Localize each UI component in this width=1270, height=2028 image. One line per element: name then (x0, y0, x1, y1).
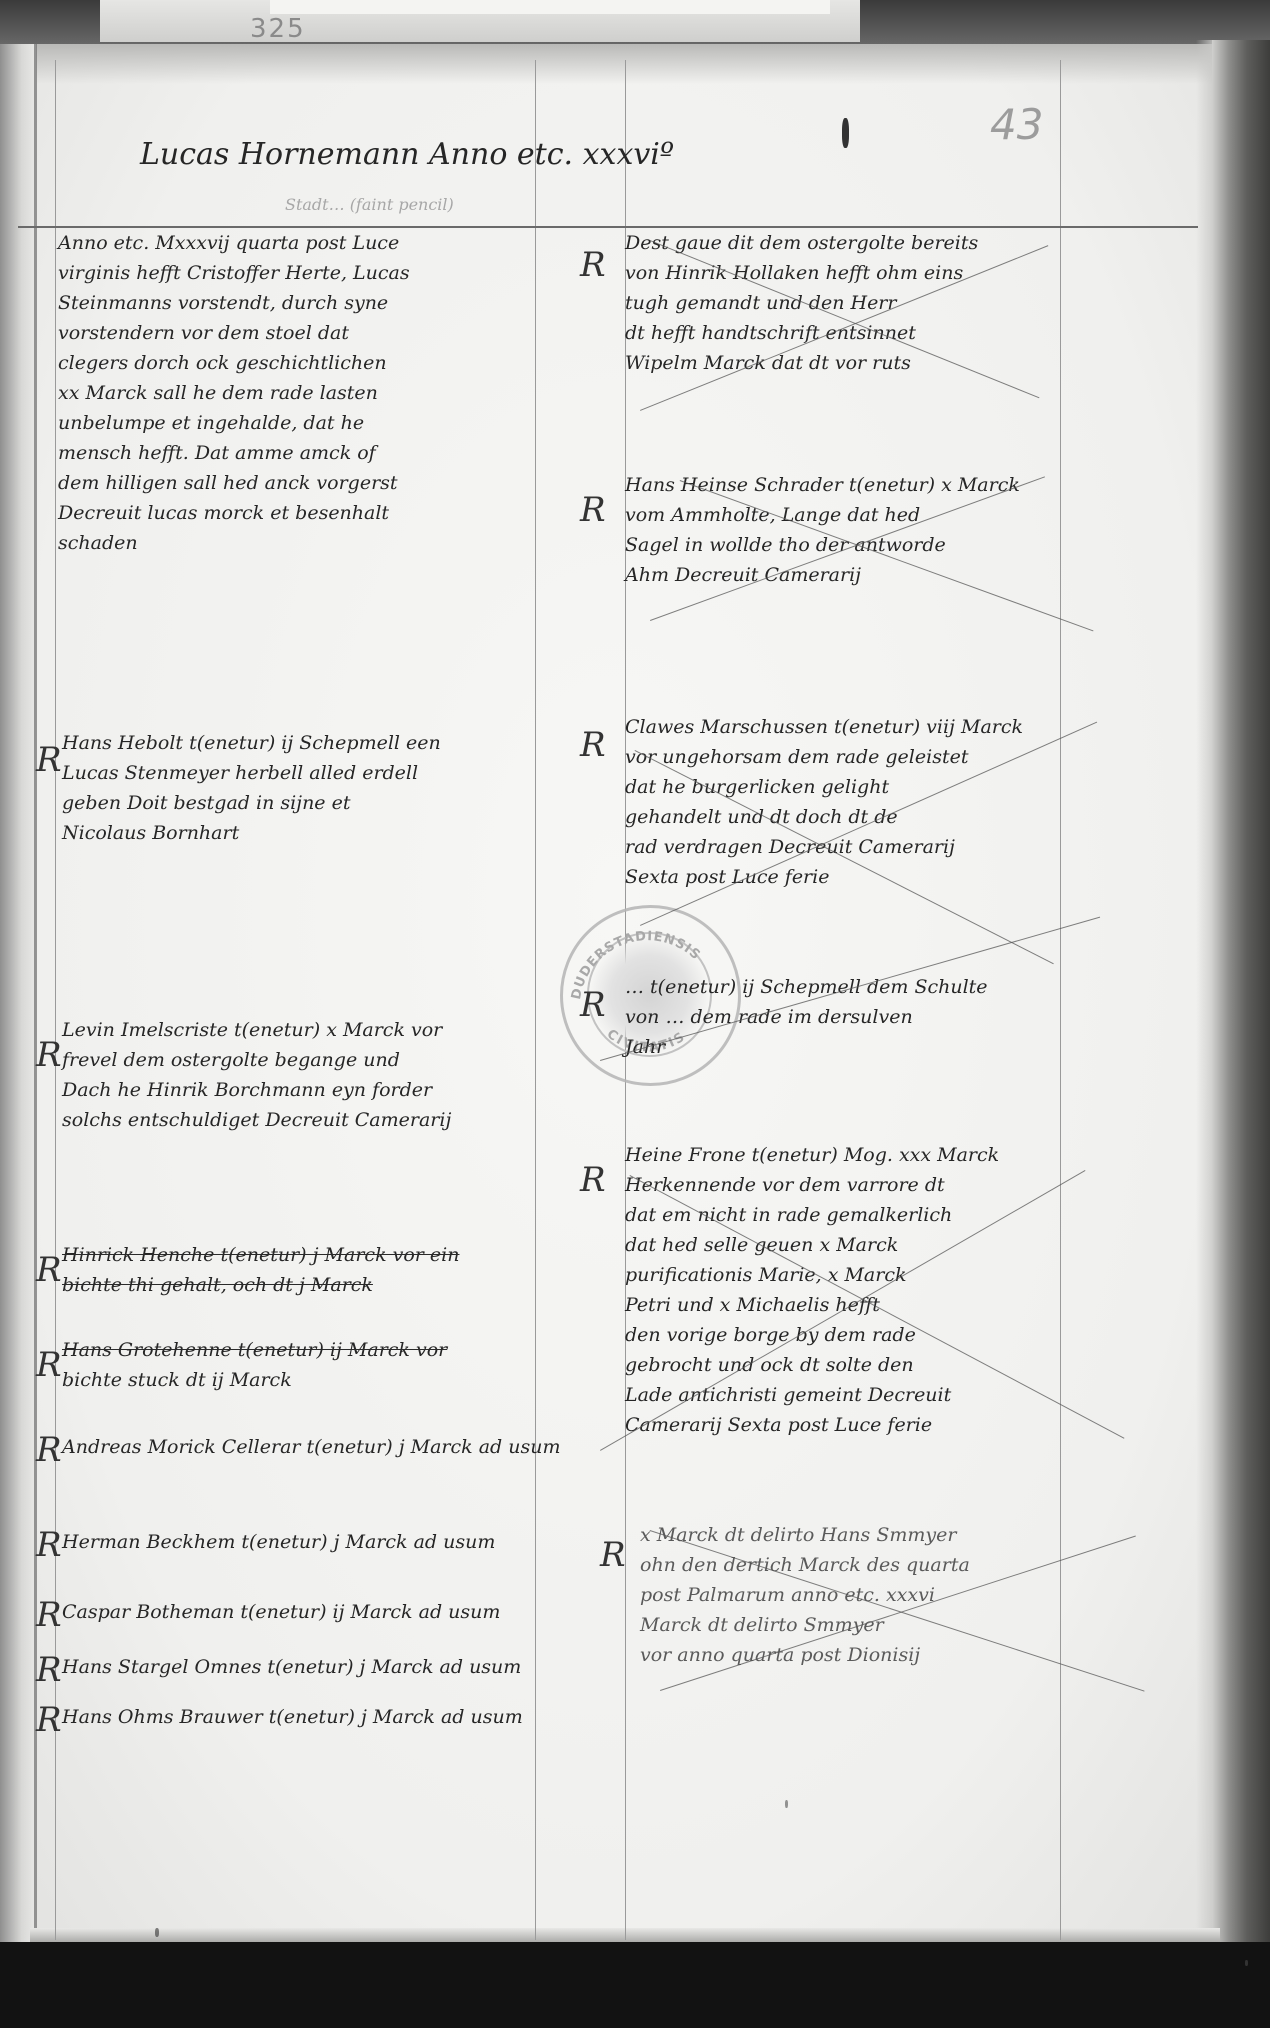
left-entry-6: Andreas Morick Cellerar t(enetur) j Marc… (62, 1432, 560, 1462)
margin-mark-r: R (600, 1535, 626, 1575)
margin-mark-r: R (36, 740, 62, 780)
top-paper-tab (270, 0, 830, 14)
entry-line: von … dem rade im dersulven (625, 1002, 988, 1032)
margin-mark-r: R (580, 245, 606, 285)
margin-mark-r: R (580, 725, 606, 765)
column-rule-3 (1060, 60, 1061, 1940)
left-entry-5: Hans Grotehenne t(enetur) ij Marck vor b… (62, 1335, 447, 1395)
pencil-folio-number: 325 (250, 14, 306, 44)
entry-line: Heine Frone t(enetur) Mog. xxx Marck (625, 1140, 999, 1170)
folio-number: 43 (990, 100, 1043, 149)
entry-line: purificationis Marie, x Marck (625, 1260, 999, 1290)
entry-line: den vorige borge by dem rade (625, 1320, 999, 1350)
entry-line: unbelumpe et ingehalde, dat he (58, 408, 410, 438)
entry-line: gehandelt und dt doch dt de (625, 802, 1023, 832)
right-entry-3: Clawes Marschussen t(enetur) viij Marck … (625, 712, 1023, 892)
entry-line: Lucas Stenmeyer herbell alled erdell (62, 758, 441, 788)
page-heading: Lucas Hornemann Anno etc. xxxviº (140, 140, 674, 170)
ink-speck (785, 1800, 788, 1808)
left-entry-1: Anno etc. Mxxxvij quarta post Luce virgi… (58, 228, 410, 558)
entry-line: vorstendern vor dem stoel dat (58, 318, 410, 348)
ink-speck (1245, 1960, 1248, 1966)
entry-line: clegers dorch ock geschichtlichen (58, 348, 410, 378)
entry-line: mensch hefft. Dat amme amck of (58, 438, 410, 468)
left-entry-4-struck: Hinrick Henche t(enetur) j Marck vor ein… (62, 1240, 459, 1300)
entry-line: Nicolaus Bornhart (62, 818, 441, 848)
left-entry-10: Hans Ohms Brauwer t(enetur) j Marck ad u… (62, 1702, 523, 1732)
left-entry-2: Hans Hebolt t(enetur) ij Schepmell een L… (62, 728, 441, 848)
entry-line: … t(enetur) ij Schepmell dem Schulte (625, 972, 988, 1002)
left-entry-7: Herman Beckhem t(enetur) j Marck ad usum (62, 1527, 495, 1557)
margin-mark-r: R (36, 1345, 62, 1385)
margin-mark-r: R (580, 985, 606, 1025)
left-entry-8: Caspar Botheman t(enetur) ij Marck ad us… (62, 1597, 500, 1627)
entry-line: xx Marck sall he dem rade lasten (58, 378, 410, 408)
entry-line: Clawes Marschussen t(enetur) viij Marck (625, 712, 1023, 742)
entry-line: Hinrick Henche t(enetur) j Marck vor ein (62, 1240, 459, 1270)
entry-line: Hans Hebolt t(enetur) ij Schepmell een (62, 728, 441, 758)
entry-line: virginis hefft Cristoffer Herte, Lucas (58, 258, 410, 288)
entry-line: geben Doit bestgad in sijne et (62, 788, 441, 818)
entry-line: bichte thi gehalt, och dt j Marck (62, 1270, 459, 1300)
entry-line: Sagel in wollde tho der antworde (625, 530, 1020, 560)
margin-mark-r: R (36, 1595, 62, 1635)
entry-line: Lade antichristi gemeint Decreuit (625, 1380, 999, 1410)
entry-line: tugh gemandt und den Herr (625, 288, 978, 318)
entry-line: Marck dt delirto Smmyer (640, 1610, 970, 1640)
entry-line: frevel dem ostergolte begange und (62, 1045, 451, 1075)
entry-line: dem hilligen sall hed anck vorgerst (58, 468, 410, 498)
margin-mark-r: R (36, 1700, 62, 1740)
entry-line: Sexta post Luce ferie (625, 862, 1023, 892)
entry-line: Camerarij Sexta post Luce ferie (625, 1410, 999, 1440)
entry-line: Steinmanns vorstendt, durch syne (58, 288, 410, 318)
margin-mark-r: R (36, 1250, 62, 1290)
margin-mark-r: R (580, 490, 606, 530)
entry-line: solchs entschuldiget Decreuit Camerarij (62, 1105, 451, 1135)
entry-line: vor anno quarta post Dionisij (640, 1640, 970, 1670)
column-rule-1 (535, 60, 536, 1940)
entry-line: Hans Heinse Schrader t(enetur) x Marck (625, 470, 1020, 500)
page-top-shadow (12, 44, 1220, 84)
right-entry-2: Hans Heinse Schrader t(enetur) x Marck v… (625, 470, 1020, 590)
left-entry-3: Levin Imelscriste t(enetur) x Marck vor … (62, 1015, 451, 1135)
entry-line: Dach he Hinrik Borchmann eyn forder (62, 1075, 451, 1105)
margin-mark-r: R (36, 1035, 62, 1075)
entry-line: Petri und x Michaelis hefft (625, 1290, 999, 1320)
margin-mark-r: R (36, 1525, 62, 1565)
entry-line: Ahm Decreuit Camerarij (625, 560, 1020, 590)
entry-line: Decreuit lucas morck et besenhalt (58, 498, 410, 528)
scan-bottom-band (0, 1942, 1270, 2028)
entry-line: dat em nicht in rade gemalkerlich (625, 1200, 999, 1230)
margin-mark-r: R (36, 1430, 62, 1470)
left-entry-9: Hans Stargel Omnes t(enetur) j Marck ad … (62, 1652, 521, 1682)
entry-line: gebrocht und ock dt solte den (625, 1350, 999, 1380)
entry-line: ohn den dertich Marck des quarta (640, 1550, 970, 1580)
right-entry-4: … t(enetur) ij Schepmell dem Schulte von… (625, 972, 988, 1062)
entry-line: schaden (58, 528, 410, 558)
entry-line: vom Ammholte, Lange dat hed (625, 500, 1020, 530)
entry-line: vor ungehorsam dem rade geleistet (625, 742, 1023, 772)
entry-line: x Marck dt delirto Hans Smmyer (640, 1520, 970, 1550)
ink-blot (842, 118, 849, 148)
entry-line: Herkennende vor dem varrore dt (625, 1170, 999, 1200)
right-entry-5: Heine Frone t(enetur) Mog. xxx Marck Her… (625, 1140, 999, 1440)
margin-mark-r: R (36, 1650, 62, 1690)
left-gutter-facing-page (0, 44, 36, 1954)
book-binding-edge (1212, 40, 1270, 1960)
entry-line: bichte stuck dt ij Marck (62, 1365, 447, 1395)
heading-annotation: Stadt… (faint pencil) (285, 190, 454, 220)
margin-mark-r: R (580, 1160, 606, 1200)
ink-speck (155, 1928, 159, 1937)
entry-line: Dest gaue dit dem ostergolte bereits (625, 228, 978, 258)
entry-line: von Hinrik Hollaken hefft ohm eins (625, 258, 978, 288)
entry-line: Anno etc. Mxxxvij quarta post Luce (58, 228, 410, 258)
entry-line: Levin Imelscriste t(enetur) x Marck vor (62, 1015, 451, 1045)
entry-line: dat hed selle geuen x Marck (625, 1230, 999, 1260)
entry-line: Hans Grotehenne t(enetur) ij Marck vor (62, 1335, 447, 1365)
